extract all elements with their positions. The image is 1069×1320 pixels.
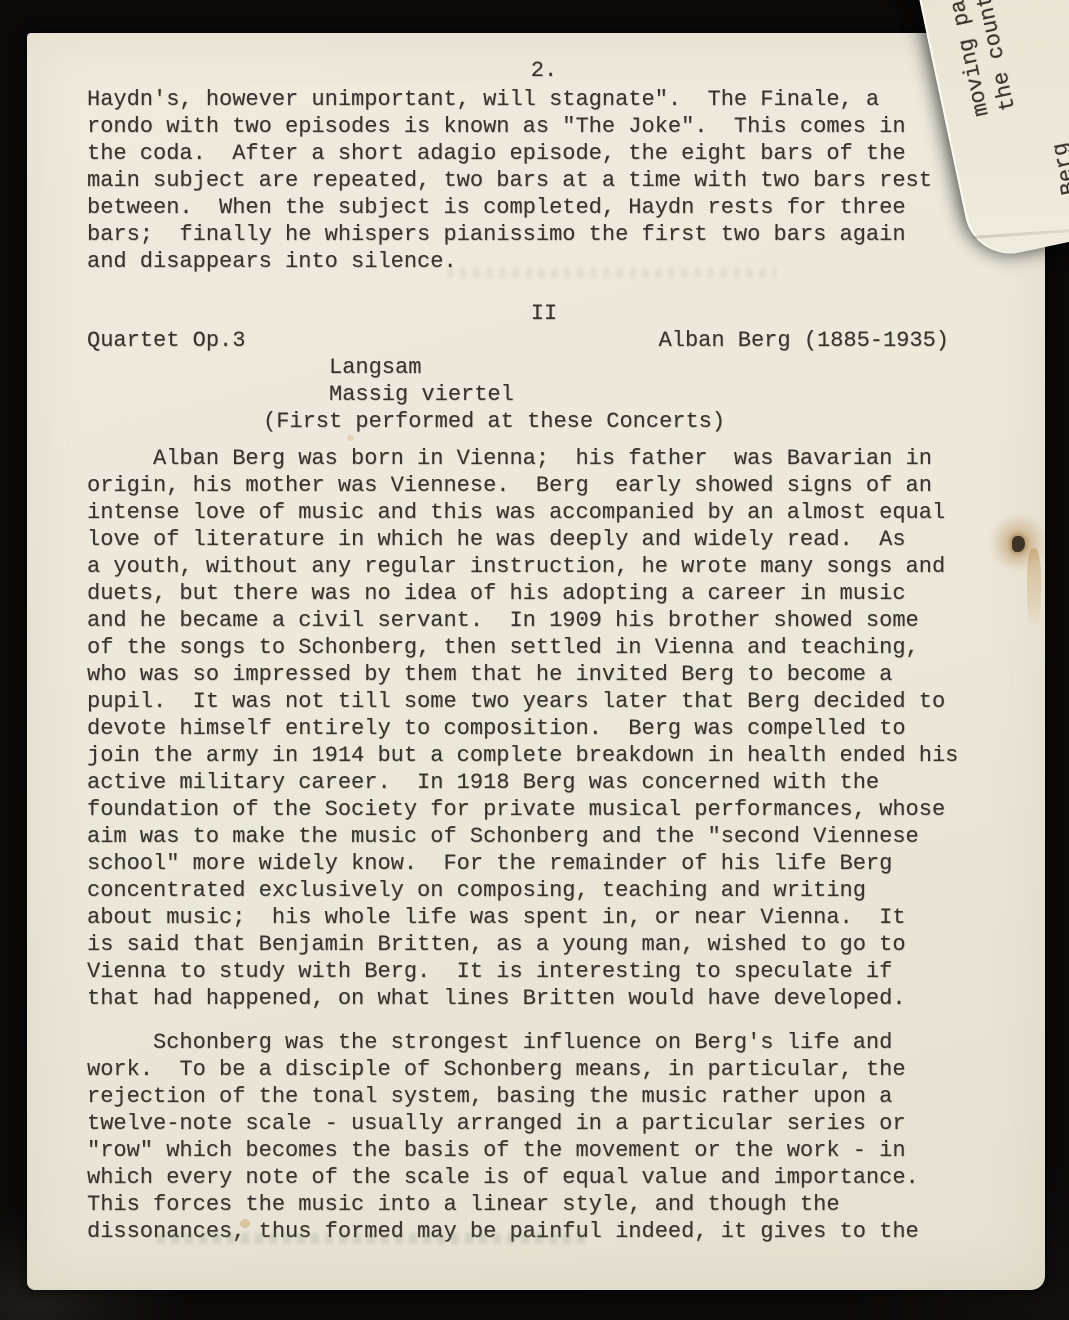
bleed-through-text [447,268,777,278]
text-line: Langsam [329,354,1001,381]
text-line: duets, but there was no idea of his adop… [87,580,1001,607]
text-line: work. To be a disciple of Schonberg mean… [87,1056,1001,1083]
paragraph-schonberg-influence: Schonberg was the strongest influence on… [87,1029,1001,1245]
text-line: foundation of the Society for private mu… [87,796,1001,823]
text-line: school" more widely know. For the remain… [87,850,1001,877]
text-line: the coda. After a short adagio episode, … [87,140,1001,167]
foxing-spot [347,435,354,441]
bleed-through-text [157,1233,587,1244]
text-line: twelve-note scale - usually arranged in … [87,1110,1001,1137]
text-line: devote himself entirely to composition. … [87,715,1001,742]
work-title: Quartet Op.3 [87,327,245,354]
text-line: intense love of music and this was accom… [87,499,1001,526]
text-line: main subject are repeated, two bars at a… [87,167,1001,194]
work-heading-row: Quartet Op.3 Alban Berg (1885-1935) [87,327,949,354]
text-line: concentrated exclusively on composing, t… [87,877,1001,904]
text-line: and he became a civil servant. In 1909 h… [87,607,1001,634]
text-line: is said that Benjamin Britten, as a youn… [87,931,1001,958]
text-line: Haydn's, however unimportant, will stagn… [87,86,1001,113]
text-line: Schonberg was the strongest influence on… [87,1029,1001,1056]
paragraph-berg-biography: Alban Berg was born in Vienna; his fathe… [87,445,1001,1012]
text-line: bars; finally he whispers pianissimo the… [87,221,1001,248]
text-line: love of literature in which he was deepl… [87,526,1001,553]
text-line: which every note of the scale is of equa… [87,1164,1001,1191]
text-line: who was so impressed by them that he inv… [87,661,1001,688]
text-line: a youth, without any regular instruction… [87,553,1001,580]
text-line: active military career. In 1918 Berg was… [87,769,1001,796]
foxing-spot [240,1219,250,1228]
text-line: origin, his mother was Viennese. Berg ea… [87,472,1001,499]
text-line: of the songs to Schonberg, then settled … [87,634,1001,661]
text-line: "row" which becomes the basis of the mov… [87,1137,1001,1164]
page-number: 2. [87,57,1001,84]
document-page: 2. Haydn's, however unimportant, will st… [27,33,1045,1290]
text-line: about music; his whole life was spent in… [87,904,1001,931]
text-line: rejection of the tonal system, basing th… [87,1083,1001,1110]
photo-background: 2. Haydn's, however unimportant, will st… [0,0,1069,1320]
text-line: that had happened, on what lines Britten… [87,985,1001,1012]
text-line: rondo with two episodes is known as "The… [87,113,1001,140]
text-line: join the army in 1914 but a complete bre… [87,742,1001,769]
section-numeral: II [87,300,1001,327]
composer-name-dates: Alban Berg (1885-1935) [659,327,949,354]
text-line: pupil. It was not till some two years la… [87,688,1001,715]
text-line: This forces the music into a linear styl… [87,1191,1001,1218]
text-line: aim was to make the music of Schonberg a… [87,823,1001,850]
text-line: Massig viertel [329,381,1001,408]
text-line: Alban Berg was born in Vienna; his fathe… [87,445,1001,472]
premiere-note: (First performed at these Concerts) [263,408,1001,435]
text-line: between. When the subject is completed, … [87,194,1001,221]
stain-streak [1027,548,1041,628]
text-line: Vienna to study with Berg. It is interes… [87,958,1001,985]
movement-list: LangsamMassig viertel [329,354,1001,408]
paragraph-haydn-finale: Haydn's, however unimportant, will stagn… [87,86,1001,275]
